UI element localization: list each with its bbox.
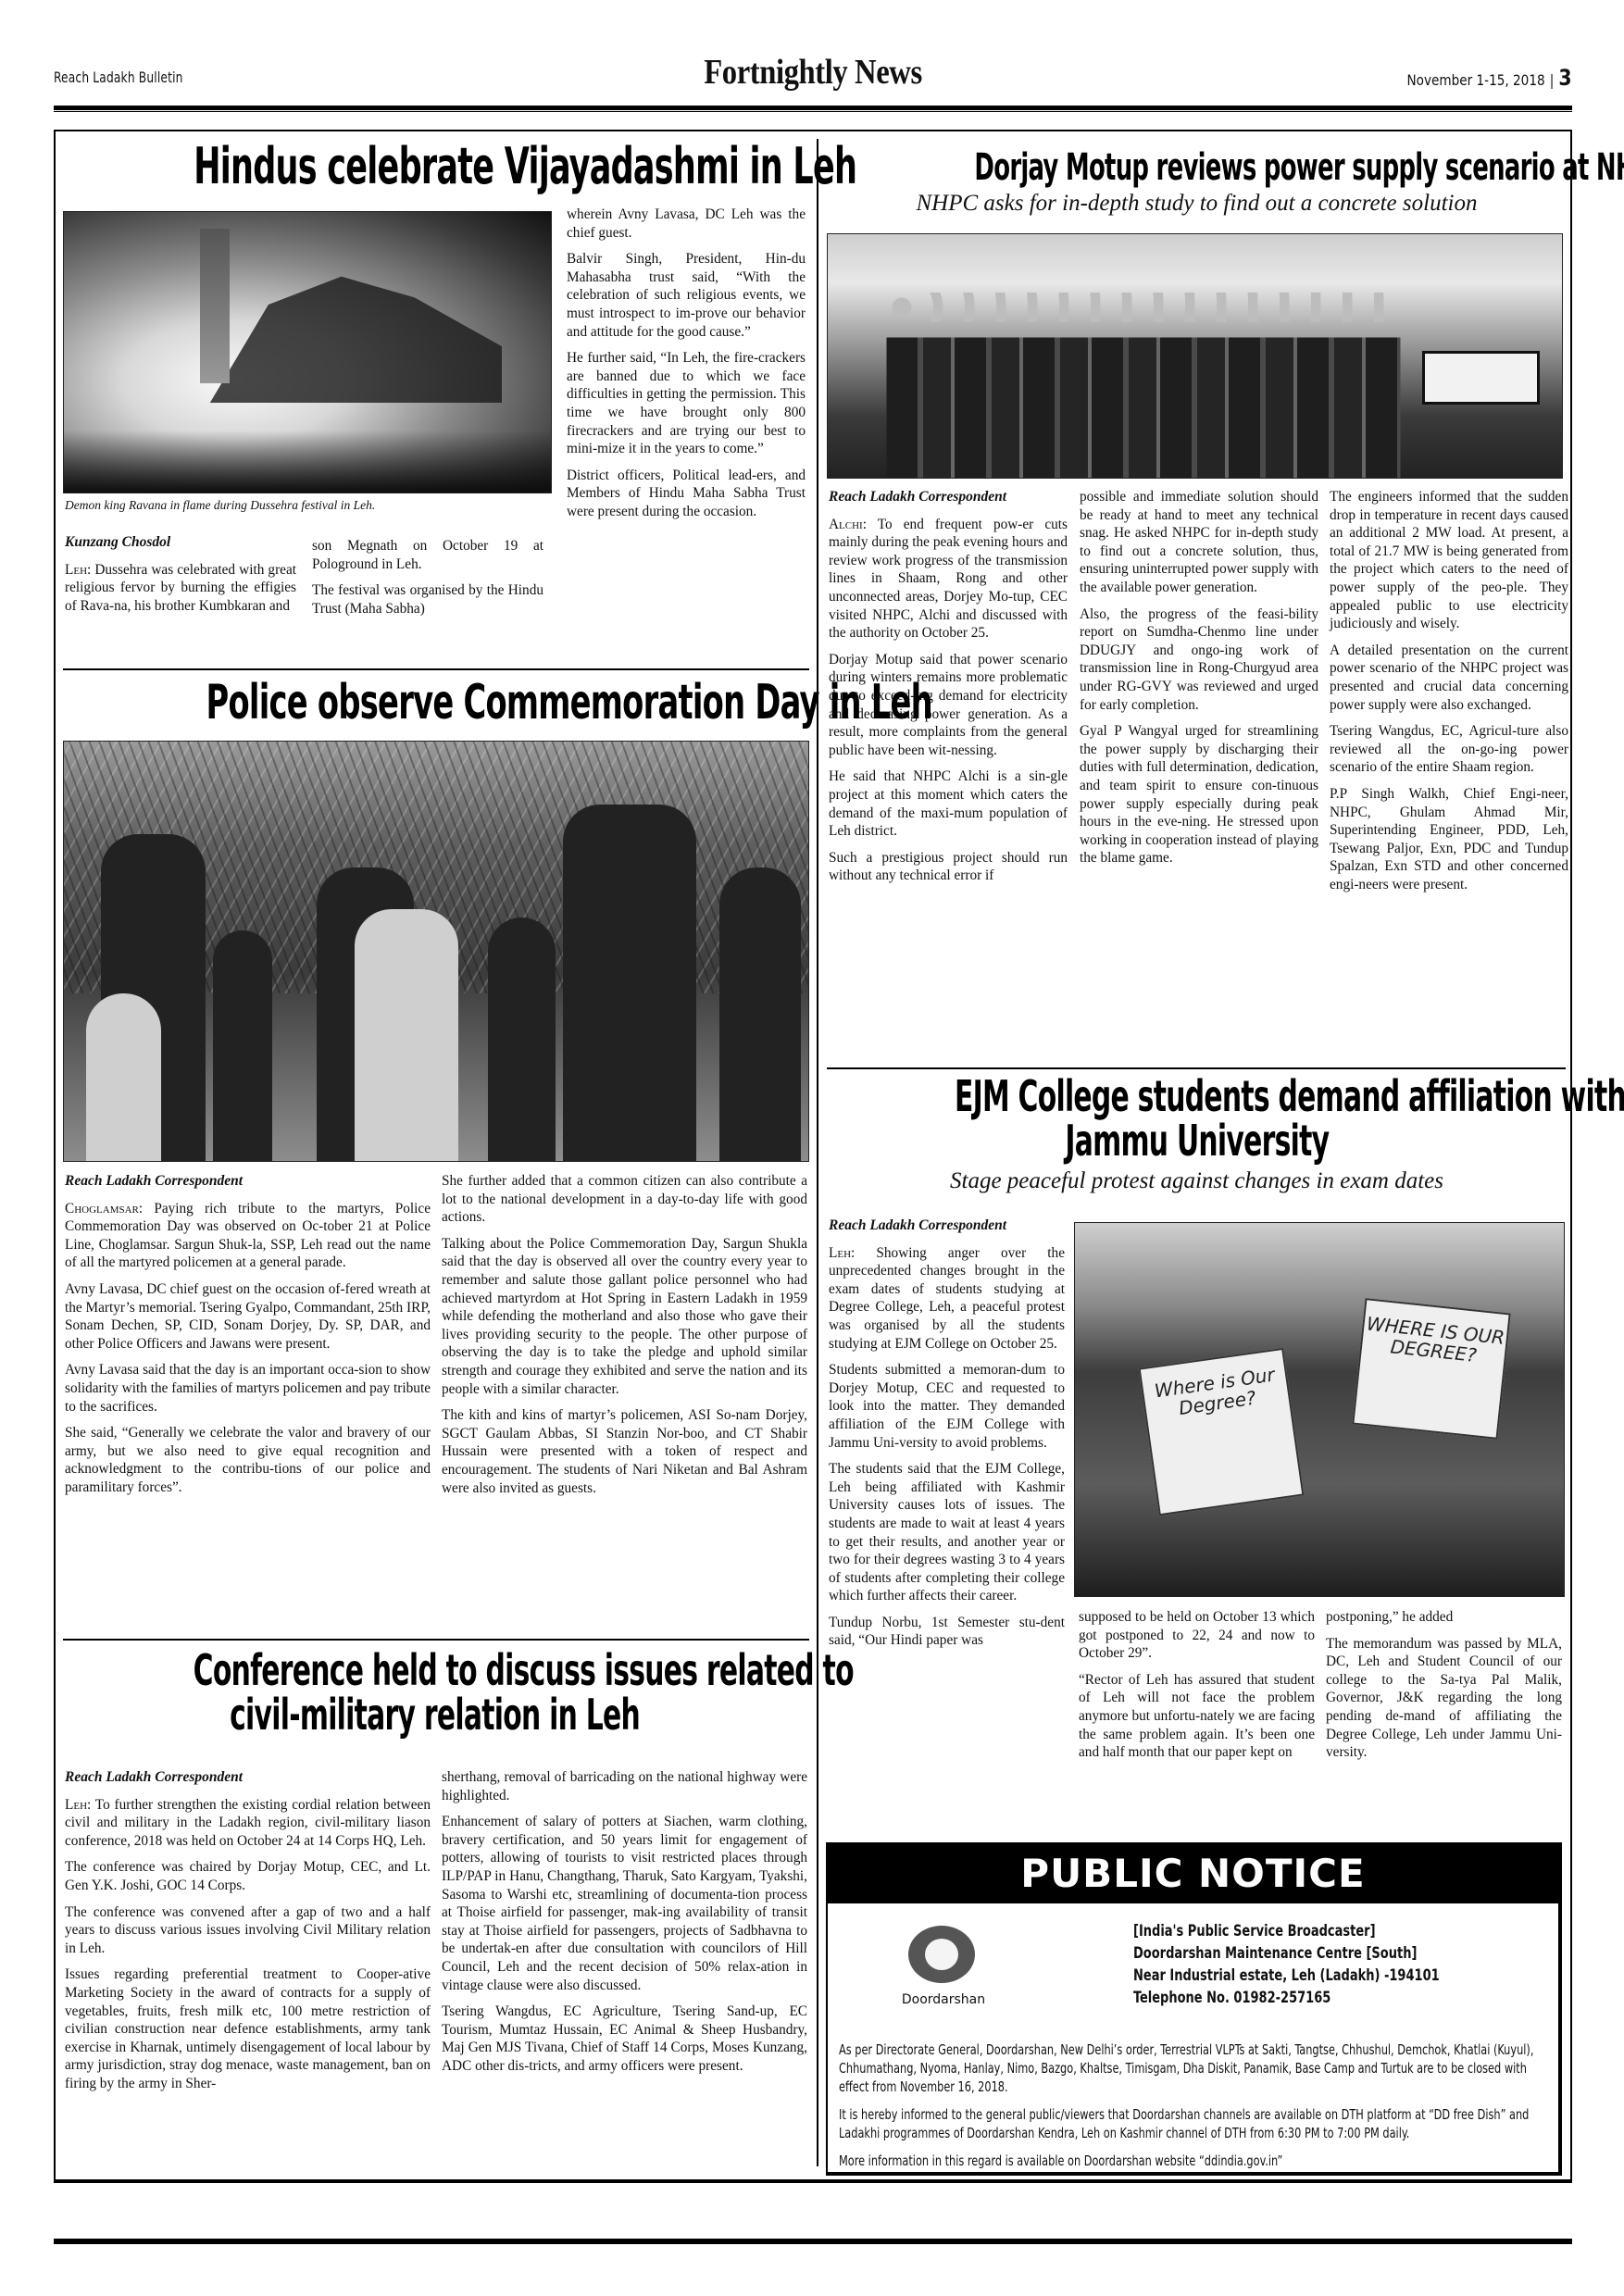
- column-divider: [817, 139, 818, 2166]
- section-title: Fortnightly News: [160, 52, 1466, 93]
- headline: Hindus celebrate Vijayadashmi in Leh: [65, 141, 806, 193]
- column-2: possible and immediate solution should b…: [1080, 488, 1318, 876]
- byline: Reach Ladakh Correspondent: [829, 1217, 1065, 1235]
- byline: Reach Ladakh Correspondent: [65, 1768, 431, 1787]
- paragraph: supposed to be held on October 13 which …: [1079, 1608, 1315, 1663]
- paragraph: Tsering Wangdus, EC Agriculture, Tsering…: [442, 2003, 807, 2075]
- separator: |: [1550, 71, 1555, 89]
- paragraph: Tsering Wangdus, EC, Agricul-ture also r…: [1330, 722, 1568, 777]
- column-3: postponing,” he added The memorandum was…: [1326, 1608, 1562, 1770]
- column-2: sherthang, removal of barricading on the…: [442, 1768, 807, 2084]
- column-2: She further added that a common citizen …: [442, 1172, 807, 1505]
- paragraph: son Megnath on October 19 at Pologround …: [312, 537, 543, 573]
- dateline: Choglamsar:: [65, 1201, 143, 1217]
- header-rule: [54, 106, 1572, 112]
- paragraph: possible and immediate solution should b…: [1080, 488, 1318, 597]
- paragraph: To end frequent pow-er cuts mainly durin…: [829, 517, 1068, 642]
- paragraph: The festival was organised by the Hindu …: [312, 581, 543, 618]
- photo-police-salute: [63, 741, 809, 1162]
- headline: Police observe Commemoration Day in Leh: [65, 678, 806, 729]
- story-divider: [63, 1639, 809, 1641]
- address-line: Telephone No. 01982-257165: [1133, 1987, 1440, 2009]
- paragraph: Such a prestigious project should run wi…: [829, 849, 1068, 885]
- paragraph: She said, “Generally we celebrate the va…: [65, 1424, 431, 1496]
- paragraph: Talking about the Police Commemoration D…: [442, 1235, 807, 1398]
- paragraph: He further said, “In Leh, the fire-crack…: [567, 349, 806, 458]
- paragraph: Avny Lavasa, DC chief guest on the occas…: [65, 1280, 431, 1353]
- byline: Kunzang Chosdol: [65, 533, 296, 552]
- photo-nhpc-group: [827, 233, 1563, 479]
- paragraph: She further added that a common citizen …: [442, 1172, 807, 1227]
- paragraph: Tundup Norbu, 1st Semester stu-dent said…: [829, 1614, 1065, 1650]
- paragraph: Students submitted a memoran-dum to Dorj…: [829, 1361, 1065, 1452]
- headline: Conference held to discuss issues relate…: [65, 1648, 806, 1738]
- page-number: 3: [1559, 65, 1572, 91]
- notice-title: PUBLIC NOTICE: [828, 1844, 1558, 1903]
- doordarshan-logo: Doordarshan: [869, 1920, 1018, 2022]
- issue-date-page: November 1-15, 2018|3: [1407, 65, 1572, 91]
- notice-address: [India's Public Service Broadcaster] Doo…: [1133, 1920, 1440, 2009]
- paragraph: To further strengthen the existing cordi…: [65, 1797, 431, 1849]
- address-line: Near Industrial estate, Leh (Ladakh) -19…: [1133, 1965, 1440, 1987]
- paragraph: A detailed presentation on the current p…: [1330, 642, 1568, 714]
- dateline: Leh:: [829, 1245, 855, 1261]
- byline: Reach Ladakh Correspondent: [65, 1172, 431, 1191]
- paragraph: sherthang, removal of barricading on the…: [442, 1768, 807, 1804]
- dateline: Alchi:: [829, 517, 867, 532]
- paragraph: Avny Lavasa said that the day is an impo…: [65, 1361, 431, 1416]
- paragraph: “Rector of Leh has assured that student …: [1079, 1671, 1315, 1762]
- paragraph: Also, the progress of the feasi-bility r…: [1080, 605, 1318, 715]
- paragraph: The engineers informed that the sudden d…: [1330, 488, 1568, 633]
- paragraph: Gyal P Wangyal urged for streamlining th…: [1080, 722, 1318, 867]
- headline: EJM College students demand affiliation …: [824, 1074, 1569, 1164]
- protest-sign: Where is Our Degree?: [1139, 1348, 1305, 1516]
- dateline: Leh:: [65, 562, 91, 578]
- story-divider: [827, 1067, 1566, 1069]
- photo-ejm-protest: Where is Our Degree? WHERE IS OUR DEGREE…: [1074, 1222, 1565, 1597]
- paragraph: Showing anger over the unprecedented cha…: [829, 1245, 1065, 1352]
- column-1: Reach Ladakh Correspondent Leh: To furth…: [65, 1768, 431, 2102]
- doordarshan-eye-icon: [908, 1926, 975, 1983]
- paragraph: Balvir Singh, President, Hin-du Mahasabh…: [567, 250, 806, 341]
- public-notice: PUBLIC NOTICE Doordarshan [India's Publi…: [826, 1842, 1562, 2176]
- paragraph: The kith and kins of martyr’s policemen,…: [442, 1406, 807, 1497]
- footer-rule: [54, 2239, 1572, 2244]
- paragraph: wherein Avny Lavasa, DC Leh was the chie…: [567, 206, 806, 242]
- paragraph: P.P Singh Walkh, Chief Engi-neer, NHPC, …: [1330, 785, 1568, 894]
- notice-paragraph: As per Directorate General, Doordarshan,…: [839, 2040, 1546, 2096]
- photo-caption: Demon king Ravana in flame during Dusseh…: [65, 498, 556, 513]
- address-line: Doordarshan Maintenance Centre [South]: [1133, 1942, 1440, 1965]
- column-3: wherein Avny Lavasa, DC Leh was the chie…: [567, 206, 806, 530]
- column-2: son Megnath on October 19 at Pologround …: [312, 537, 543, 626]
- dateline: Leh:: [65, 1797, 91, 1813]
- paragraph: District officers, Political lead-ers, a…: [567, 467, 806, 521]
- paragraph: He said that NHPC Alchi is a sin-gle pro…: [829, 767, 1068, 840]
- column-2: supposed to be held on October 13 which …: [1079, 1608, 1315, 1770]
- notice-paragraph: More information in this regard is avail…: [839, 2152, 1546, 2170]
- paragraph: The conference was convened after a gap …: [65, 1903, 431, 1958]
- photo-ravana-effigy: [63, 211, 552, 493]
- notice-paragraph: It is hereby informed to the general pub…: [839, 2105, 1546, 2142]
- deck: NHPC asks for in-depth study to find out…: [824, 191, 1569, 217]
- story-divider: [63, 668, 809, 670]
- protest-sign: WHERE IS OUR DEGREE?: [1353, 1298, 1512, 1440]
- paragraph: Dussehra was celebrated with great relig…: [65, 562, 296, 614]
- headline: Dorjay Motup reviews power supply scenar…: [824, 148, 1569, 187]
- column-1: Kunzang Chosdol Leh: Dussehra was celebr…: [65, 533, 296, 623]
- address-line: [India's Public Service Broadcaster]: [1133, 1920, 1440, 1942]
- column-1: Reach Ladakh Correspondent Choglamsar: P…: [65, 1172, 431, 1505]
- issue-date: November 1-15, 2018: [1407, 71, 1545, 89]
- column-1: Reach Ladakh Correspondent Leh: Showing …: [829, 1217, 1065, 1658]
- column-3: The engineers informed that the sudden d…: [1330, 488, 1568, 902]
- paragraph: The students said that the EJM College, …: [829, 1460, 1065, 1605]
- logo-label: Doordarshan: [869, 1992, 1018, 2007]
- paragraph: The memorandum was passed by MLA, DC, Le…: [1326, 1635, 1562, 1762]
- byline: Reach Ladakh Correspondent: [829, 488, 1068, 506]
- deck: Stage peaceful protest against changes i…: [824, 1168, 1569, 1194]
- notice-body: As per Directorate General, Doordarshan,…: [839, 2040, 1546, 2179]
- paragraph: postponing,” he added: [1326, 1608, 1562, 1627]
- paragraph: Issues regarding preferential treatment …: [65, 1965, 431, 2092]
- running-head: Reach Ladakh Bulletin Fortnightly News N…: [54, 52, 1572, 98]
- paragraph: Enhancement of salary of potters at Siac…: [442, 1813, 807, 1994]
- paragraph: The conference was chaired by Dorjay Mot…: [65, 1858, 431, 1894]
